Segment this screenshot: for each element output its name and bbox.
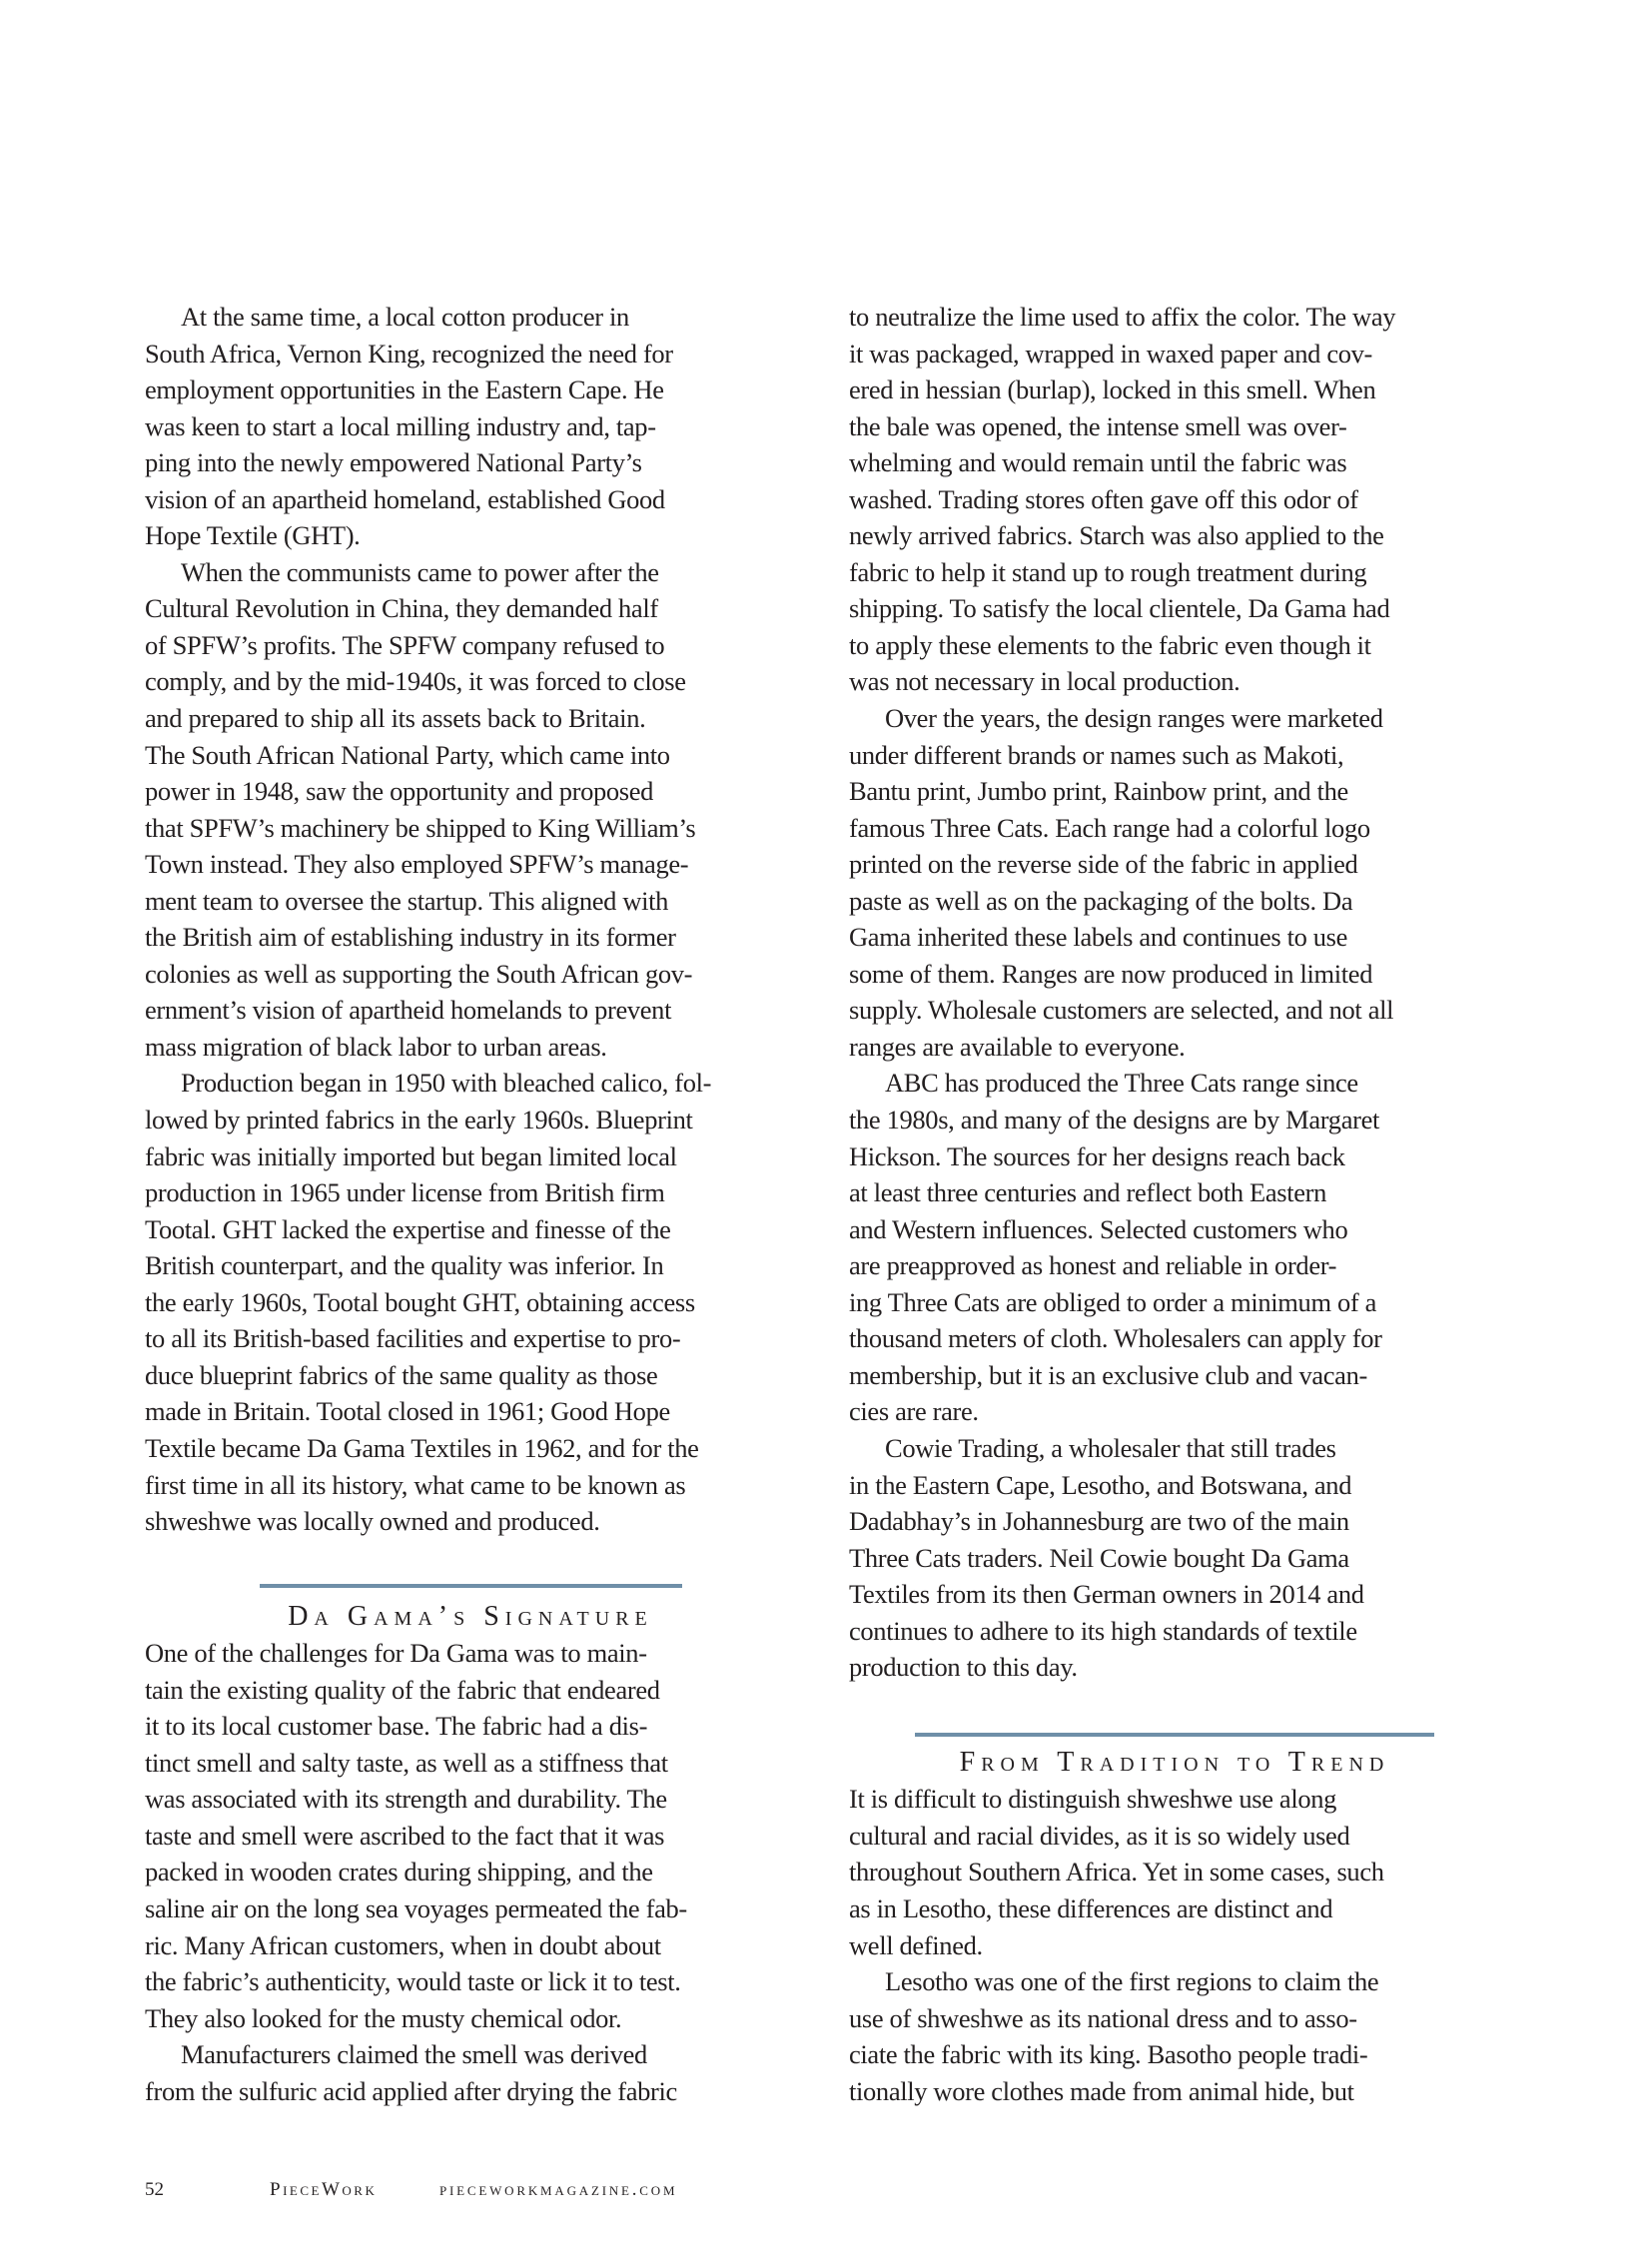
text-line: South Africa, Vernon King, recognized th… xyxy=(145,336,796,373)
text-line: tinct smell and salty taste, as well as … xyxy=(145,1745,796,1782)
text-line: ered in hessian (burlap), locked in this… xyxy=(849,372,1500,408)
text-line: lowed by printed fabrics in the early 19… xyxy=(145,1102,796,1138)
text-line: The South African National Party, which … xyxy=(145,737,796,774)
text-line: the 1980s, and many of the designs are b… xyxy=(849,1102,1500,1138)
text-line: ment team to oversee the startup. This a… xyxy=(145,883,796,920)
text-line: are preapproved as honest and reliable i… xyxy=(849,1247,1500,1284)
text-line: Town instead. They also employed SPFW’s … xyxy=(145,846,796,883)
text-line: ernment’s vision of apartheid homelands … xyxy=(145,992,796,1029)
text-line: vision of an apartheid homeland, establi… xyxy=(145,481,796,518)
text-line: the early 1960s, Tootal bought GHT, obta… xyxy=(145,1284,796,1321)
text-line: It is difficult to distinguish shweshwe … xyxy=(849,1781,1500,1818)
text-line: to apply these elements to the fabric ev… xyxy=(849,627,1500,664)
text-line: to all its British-based facilities and … xyxy=(145,1320,796,1357)
text-line: Bantu print, Jumbo print, Rainbow print,… xyxy=(849,773,1500,810)
text-line: it was packaged, wrapped in waxed paper … xyxy=(849,336,1500,373)
text-line: power in 1948, saw the opportunity and p… xyxy=(145,773,796,810)
text-line: ping into the newly empowered National P… xyxy=(145,444,796,481)
text-line: production in 1965 under license from Br… xyxy=(145,1174,796,1211)
text-line: at least three centuries and reflect bot… xyxy=(849,1174,1500,1211)
text-line: packed in wooden crates during shipping,… xyxy=(145,1854,796,1890)
text-line: as in Lesotho, these differences are dis… xyxy=(849,1890,1500,1927)
right-block-2: It is difficult to distinguish shweshwe … xyxy=(849,1781,1500,2109)
text-line: One of the challenges for Da Gama was to… xyxy=(145,1635,796,1672)
text-line: fabric to help it stand up to rough trea… xyxy=(849,554,1500,591)
text-line: some of them. Ranges are now produced in… xyxy=(849,956,1500,993)
text-line: thousand meters of cloth. Wholesalers ca… xyxy=(849,1320,1500,1357)
text-line: British counterpart, and the quality was… xyxy=(145,1247,796,1284)
spacer xyxy=(145,1540,796,1584)
text-line: first time in all its history, what came… xyxy=(145,1467,796,1504)
page-number: 52 xyxy=(145,2179,270,2201)
text-line: shipping. To satisfy the local clientele… xyxy=(849,590,1500,627)
text-line: cies are rare. xyxy=(849,1393,1500,1430)
text-line: continues to adhere to its high standard… xyxy=(849,1613,1500,1650)
text-line: Hope Textile (GHT). xyxy=(145,517,796,554)
text-line: paste as well as on the packaging of the… xyxy=(849,883,1500,920)
text-line: and prepared to ship all its assets back… xyxy=(145,700,796,737)
text-line: duce blueprint fabrics of the same quali… xyxy=(145,1357,796,1394)
text-line: taste and smell were ascribed to the fac… xyxy=(145,1818,796,1855)
text-line: well defined. xyxy=(849,1927,1500,1964)
text-line: whelming and would remain until the fabr… xyxy=(849,444,1500,481)
text-line: Over the years, the design ranges were m… xyxy=(849,700,1500,737)
right-block-1: to neutralize the lime used to affix the… xyxy=(849,299,1500,1686)
text-line: Cowie Trading, a wholesaler that still t… xyxy=(849,1430,1500,1467)
text-line: made in Britain. Tootal closed in 1961; … xyxy=(145,1393,796,1430)
text-line: famous Three Cats. Each range had a colo… xyxy=(849,810,1500,847)
text-line: to neutralize the lime used to affix the… xyxy=(849,299,1500,336)
website-url: PIECEWORKMAGAZINE.COM xyxy=(439,2179,677,2201)
spacer xyxy=(849,1737,1500,1745)
text-line: membership, but it is an exclusive club … xyxy=(849,1357,1500,1394)
text-line: in the Eastern Cape, Lesotho, and Botswa… xyxy=(849,1467,1500,1504)
text-line: ABC has produced the Three Cats range si… xyxy=(849,1065,1500,1102)
text-line: use of shweshwe as its national dress an… xyxy=(849,2000,1500,2037)
left-column: At the same time, a local cotton produce… xyxy=(145,299,796,2109)
text-line: ric. Many African customers, when in dou… xyxy=(145,1927,796,1964)
text-line: supply. Wholesale customers are selected… xyxy=(849,992,1500,1029)
text-line: was not necessary in local production. xyxy=(849,663,1500,700)
text-line: shweshwe was locally owned and produced. xyxy=(145,1503,796,1540)
text-line: printed on the reverse side of the fabri… xyxy=(849,846,1500,883)
left-block-2: One of the challenges for Da Gama was to… xyxy=(145,1635,796,2109)
section-heading-da-gamas-signature: Da Gama’s Signature xyxy=(145,1599,796,1636)
text-line: ranges are available to everyone. xyxy=(849,1029,1500,1066)
text-line: washed. Trading stores often gave off th… xyxy=(849,481,1500,518)
section-heading-from-tradition-to-trend: From Tradition to Trend xyxy=(849,1745,1500,1782)
text-line: fabric was initially imported but began … xyxy=(145,1138,796,1175)
text-line: it to its local customer base. The fabri… xyxy=(145,1708,796,1745)
text-line: Cultural Revolution in China, they deman… xyxy=(145,590,796,627)
text-line: Gama inherited these labels and continue… xyxy=(849,919,1500,956)
text-line: cultural and racial divides, as it is so… xyxy=(849,1818,1500,1855)
text-line: Production began in 1950 with bleached c… xyxy=(145,1065,796,1102)
text-line: Dadabhay’s in Johannesburg are two of th… xyxy=(849,1503,1500,1540)
text-line: Textile became Da Gama Textiles in 1962,… xyxy=(145,1430,796,1467)
text-line: and Western influences. Selected custome… xyxy=(849,1211,1500,1248)
text-line: mass migration of black labor to urban a… xyxy=(145,1029,796,1066)
text-line: comply, and by the mid-1940s, it was for… xyxy=(145,663,796,700)
text-line: under different brands or names such as … xyxy=(849,737,1500,774)
text-line: Hickson. The sources for her designs rea… xyxy=(849,1138,1500,1175)
text-line: that SPFW’s machinery be shipped to King… xyxy=(145,810,796,847)
text-line: Manufacturers claimed the smell was deri… xyxy=(145,2036,796,2073)
text-line: saline air on the long sea voyages perme… xyxy=(145,1890,796,1927)
text-line: Tootal. GHT lacked the expertise and fin… xyxy=(145,1211,796,1248)
text-line: employment opportunities in the Eastern … xyxy=(145,372,796,408)
left-block-1: At the same time, a local cotton produce… xyxy=(145,299,796,1540)
text-line: ing Three Cats are obliged to order a mi… xyxy=(849,1284,1500,1321)
text-line: tain the existing quality of the fabric … xyxy=(145,1672,796,1709)
text-line: tionally wore clothes made from animal h… xyxy=(849,2073,1500,2110)
text-line: from the sulfuric acid applied after dry… xyxy=(145,2073,796,2110)
text-line: At the same time, a local cotton produce… xyxy=(145,299,796,336)
text-line: of SPFW’s profits. The SPFW company refu… xyxy=(145,627,796,664)
text-line: production to this day. xyxy=(849,1649,1500,1686)
publication-name: PieceWork xyxy=(270,2179,439,2201)
text-line: They also looked for the musty chemical … xyxy=(145,2000,796,2037)
text-line: throughout Southern Africa. Yet in some … xyxy=(849,1854,1500,1890)
spacer xyxy=(145,1588,796,1599)
text-line: Lesotho was one of the first regions to … xyxy=(849,1963,1500,2000)
text-line: the British aim of establishing industry… xyxy=(145,919,796,956)
text-line: When the communists came to power after … xyxy=(145,554,796,591)
text-line: the bale was opened, the intense smell w… xyxy=(849,408,1500,445)
text-line: the fabric’s authenticity, would taste o… xyxy=(145,1963,796,2000)
text-line: Textiles from its then German owners in … xyxy=(849,1576,1500,1613)
text-line: was keen to start a local milling indust… xyxy=(145,408,796,445)
spacer xyxy=(849,1686,1500,1733)
text-line: was associated with its strength and dur… xyxy=(145,1781,796,1818)
text-line: ciate the fabric with its king. Basotho … xyxy=(849,2036,1500,2073)
text-line: colonies as well as supporting the South… xyxy=(145,956,796,993)
page-footer: 52 PieceWork PIECEWORKMAGAZINE.COM xyxy=(145,2179,677,2201)
text-line: Three Cats traders. Neil Cowie bought Da… xyxy=(849,1540,1500,1577)
text-line: newly arrived fabrics. Starch was also a… xyxy=(849,517,1500,554)
right-column: to neutralize the lime used to affix the… xyxy=(849,299,1500,2109)
